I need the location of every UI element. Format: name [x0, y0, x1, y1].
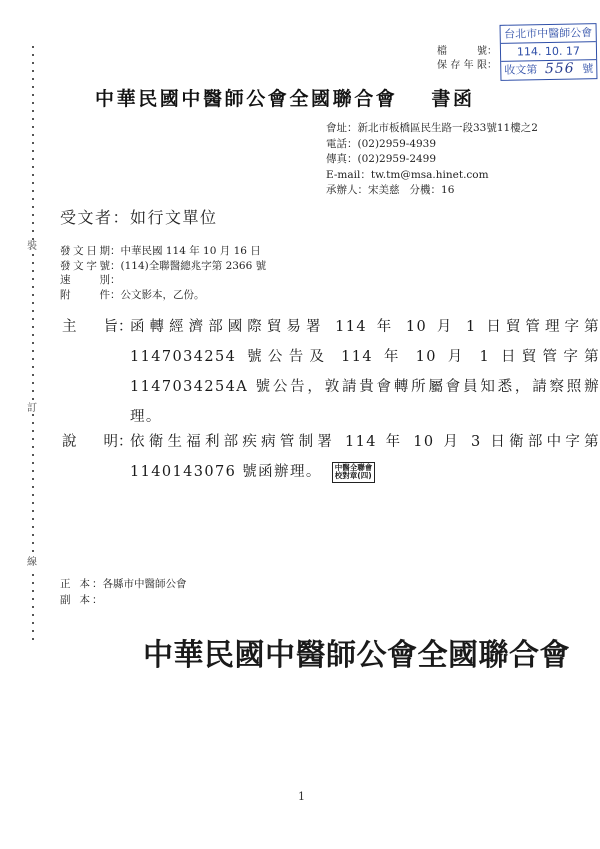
binding-char: 裝: [27, 242, 37, 252]
subject-line: 1147034254A 號公告，敦請貴會轉所屬會員知悉，請察照辦: [130, 372, 600, 402]
binding-dot: [32, 414, 34, 416]
binding-dot: [32, 166, 34, 168]
binding-dot: [32, 270, 34, 272]
binding-dot: [32, 78, 34, 80]
date-label: 發文日期: [60, 244, 110, 259]
binding-dot: [32, 310, 34, 312]
cc-label: 副本: [60, 593, 90, 609]
main-copy-row: 正本：各縣市中醫師公會: [60, 577, 187, 593]
explanation-body: 依衛生福利部疾病管制署 114 年 10 月 3 日衛部中字第 11401430…: [130, 427, 600, 487]
subject-body: 函轉經濟部國際貿易署 114 年 10 月 1 日貿管理字第 114703425…: [130, 312, 600, 432]
ref-value: (114)全聯醫總兆字第 2366 號: [121, 259, 267, 274]
binding-dot: [32, 278, 34, 280]
doc-meta: 發文日期：中華民國 114 年 10 月 16 日 發文字號：(114)全聯醫總…: [60, 244, 266, 302]
binding-dot: [32, 334, 34, 336]
binding-dot: [32, 534, 34, 536]
subject-section: 主旨 ： 函轉經濟部國際貿易署 114 年 10 月 1 日貿管理字第 1147…: [62, 312, 600, 432]
binding-dot: [32, 150, 34, 152]
binding-dot: [32, 158, 34, 160]
ref-row: 發文字號：(114)全聯醫總兆字第 2366 號: [60, 259, 266, 274]
binding-dot: [32, 590, 34, 592]
binding-dot: [32, 438, 34, 440]
fax-row: 傳真：(02)2959-2499: [326, 152, 538, 168]
address-value: 新北市板橋區民生路一段33號11樓之2: [358, 122, 538, 134]
address-row: 會址：新北市板橋區民生路一段33號11樓之2: [326, 121, 538, 137]
binding-dot: [32, 102, 34, 104]
binding-dot: [32, 390, 34, 392]
doc-type: 書函: [431, 88, 474, 110]
receipt-stamp: 台北市中醫師公會 114. 10. 17 收文第 556 號: [500, 23, 598, 81]
binding-dot: [32, 134, 34, 136]
proof-stamp-line2: 校對章(四): [335, 472, 373, 481]
binding-dot: [32, 382, 34, 384]
binding-dot: [32, 262, 34, 264]
binding-dot: [32, 542, 34, 544]
binding-dot: [32, 526, 34, 528]
main-copy-label: 正本: [60, 577, 90, 593]
phone-value: (02)2959-4939: [358, 138, 437, 150]
ext-label: 分機: [410, 184, 431, 196]
binding-dot: [32, 374, 34, 376]
handler-value: 宋美慈: [368, 184, 400, 196]
email-value: tw.tm@msa.hinet.com: [371, 169, 489, 181]
binding-dot: [32, 622, 34, 624]
binding-dot: [32, 318, 34, 320]
organization-seal: 中華民國中醫師公會全國聯合會: [143, 630, 570, 674]
receipt-stamp-number-row: 收文第 556 號: [501, 60, 596, 80]
binding-dot: [32, 430, 34, 432]
page-title: 中華民國中醫師公會全國聯合會書函: [95, 84, 475, 111]
binding-dot: [32, 446, 34, 448]
binding-dot: [32, 174, 34, 176]
receipt-stamp-date: 114. 10. 17: [501, 42, 596, 62]
binding-dot: [32, 46, 34, 48]
file-no-row: 檔 號：: [437, 45, 497, 59]
binding-dot: [32, 110, 34, 112]
binding-dot: [32, 222, 34, 224]
email-row: E-mail：tw.tm@msa.hinet.com: [326, 168, 538, 184]
retention-row: 保存年限：: [437, 59, 497, 73]
binding-dot: [32, 422, 34, 424]
attach-label: 附件: [60, 288, 110, 303]
binding-dot: [32, 190, 34, 192]
binding-dot: [32, 302, 34, 304]
speed-label: 速別: [60, 273, 110, 288]
binding-dot: [32, 582, 34, 584]
phone-label: 電話: [326, 138, 347, 150]
binding-dot: [32, 614, 34, 616]
binding-dot: [32, 254, 34, 256]
page-number: 1: [298, 790, 305, 803]
binding-dot: [32, 294, 34, 296]
binding-dot: [32, 142, 34, 144]
binding-dot: [32, 238, 34, 240]
receipt-stamp-org: 台北市中醫師公會: [501, 24, 596, 44]
attach-value: 公文影本，乙份。: [121, 288, 205, 303]
binding-dot: [32, 350, 34, 352]
binding-dot: [32, 550, 34, 552]
binding-dot: [32, 118, 34, 120]
file-no-label: 檔 號: [437, 45, 487, 59]
binding-dot: [32, 54, 34, 56]
ref-label: 發文字號: [60, 259, 110, 274]
contact-block: 會址：新北市板橋區民生路一段33號11樓之2 電話：(02)2959-4939 …: [326, 121, 538, 199]
explanation-label: 說明: [62, 427, 118, 487]
binding-dot: [32, 86, 34, 88]
subject-label: 主旨: [62, 312, 118, 432]
binding-dot: [32, 486, 34, 488]
address-label: 會址: [326, 122, 347, 134]
binding-dot: [32, 478, 34, 480]
handler-row: 承辦人：宋美慈 分機：16: [326, 183, 538, 199]
recipient-value: 如行文單位: [130, 208, 218, 227]
fax-value: (02)2959-2499: [358, 153, 437, 165]
cc-row: 副本：: [60, 593, 187, 609]
binding-char: 線: [27, 558, 37, 568]
explanation-section: 說明 ： 依衛生福利部疾病管制署 114 年 10 月 3 日衛部中字第 114…: [62, 427, 600, 487]
binding-dot: [32, 518, 34, 520]
explanation-line: 1140143076 號函辦理。中醫全聯會校對章(四): [130, 457, 600, 487]
email-label: E-mail: [326, 169, 360, 181]
binding-dot: [32, 326, 34, 328]
binding-dot: [32, 62, 34, 64]
binding-dot: [32, 230, 34, 232]
handler-label: 承辦人: [326, 184, 358, 196]
ext-value: 16: [441, 184, 454, 196]
binding-dot: [32, 206, 34, 208]
main-copy-value: 各縣市中醫師公會: [103, 577, 187, 593]
fax-label: 傳真: [326, 153, 347, 165]
binding-dot: [32, 214, 34, 216]
binding-dot: [32, 510, 34, 512]
binding-dot: [32, 182, 34, 184]
attach-row: 附件：公文影本，乙份。: [60, 288, 266, 303]
binding-dot: [32, 454, 34, 456]
binding-dot: [32, 286, 34, 288]
binding-dot: [32, 598, 34, 600]
binding-dot: [32, 126, 34, 128]
phone-row: 電話：(02)2959-4939: [326, 137, 538, 153]
subject-line: 函轉經濟部國際貿易署 114 年 10 月 1 日貿管理字第: [130, 312, 600, 342]
file-meta: 檔 號： 保存年限：: [437, 45, 497, 73]
receipt-stamp-suffix: 號: [582, 60, 593, 78]
org-name: 中華民國中醫師公會全國聯合會: [95, 88, 397, 110]
recipient-label: 受文者: [60, 208, 113, 227]
binding-dot: [32, 638, 34, 640]
binding-dot: [32, 502, 34, 504]
binding-dot: [32, 366, 34, 368]
copies: 正本：各縣市中醫師公會 副本：: [60, 577, 187, 608]
binding-dot: [32, 462, 34, 464]
receipt-stamp-number: 556: [545, 61, 575, 80]
binding-dot: [32, 606, 34, 608]
date-row: 發文日期：中華民國 114 年 10 月 16 日: [60, 244, 266, 259]
binding-char: 訂: [27, 404, 37, 414]
explanation-line: 依衛生福利部疾病管制署 114 年 10 月 3 日衛部中字第: [130, 427, 600, 457]
recipient: 受文者：如行文單位: [60, 205, 218, 228]
binding-dot: [32, 574, 34, 576]
date-value: 中華民國 114 年 10 月 16 日: [121, 244, 261, 259]
binding-dot: [32, 470, 34, 472]
proof-stamp: 中醫全聯會校對章(四): [332, 462, 376, 483]
speed-row: 速別：: [60, 273, 266, 288]
retention-label: 保存年限: [437, 59, 487, 73]
binding-margin: 裝訂線: [31, 46, 35, 646]
binding-dot: [32, 398, 34, 400]
binding-dot: [32, 342, 34, 344]
receipt-stamp-prefix: 收文第: [504, 61, 537, 80]
binding-dot: [32, 358, 34, 360]
binding-dot: [32, 630, 34, 632]
binding-dot: [32, 198, 34, 200]
explanation-line-text: 1140143076 號函辦理。: [130, 464, 322, 480]
subject-line: 1147034254 號公告及 114 年 10 月 1 日貿管字第: [130, 342, 600, 372]
binding-dot: [32, 70, 34, 72]
binding-dot: [32, 94, 34, 96]
binding-dot: [32, 494, 34, 496]
